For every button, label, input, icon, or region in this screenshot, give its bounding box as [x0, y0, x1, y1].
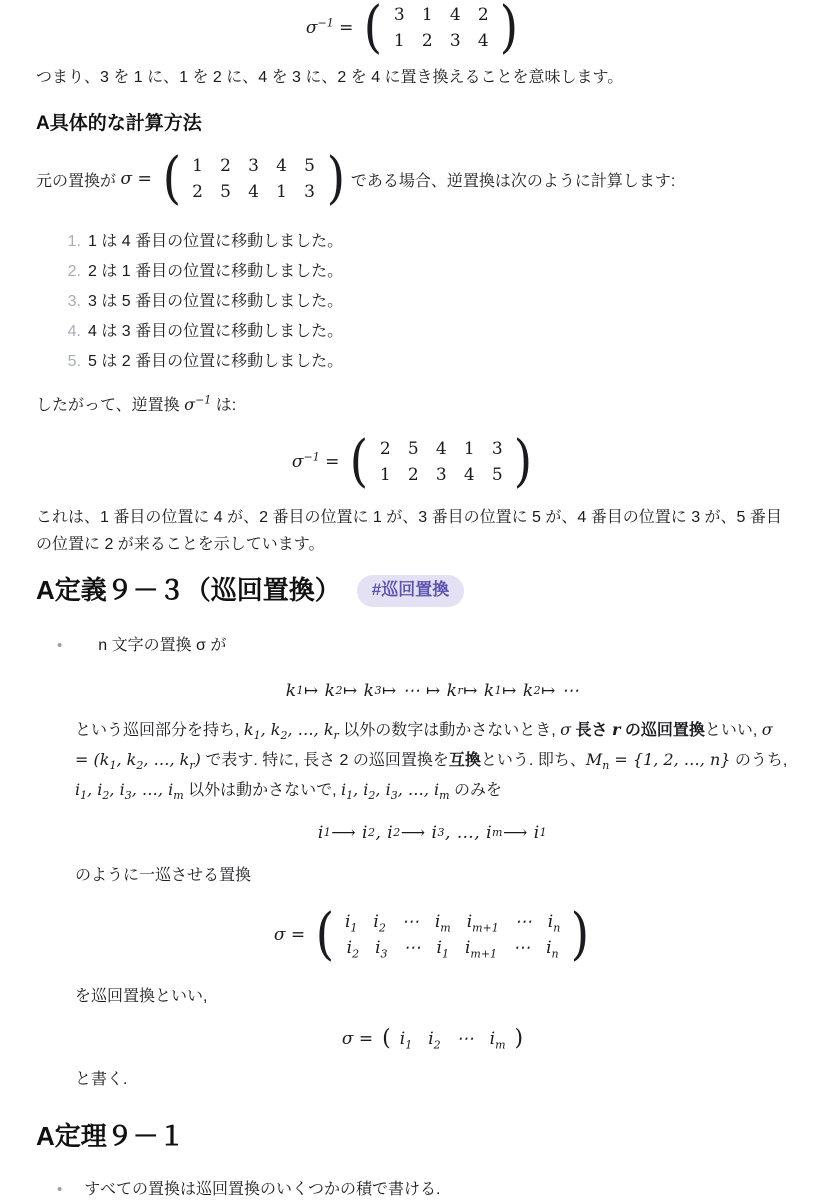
paragraph-meaning: つまり、3 を 1 に、1 を 2 に、4 を 3 に、2 を 4 に置き換える…: [36, 66, 790, 90]
bullet-icon: •: [57, 1177, 62, 1200]
paragraph-original-pre: 元の置換が: [36, 168, 120, 191]
ordered-list-item: 2.2 は 1 番目の位置に移動しました。: [63, 257, 790, 287]
matrix-cycle-short: σ =(i1i2⋯im): [342, 1026, 523, 1052]
paragraph-result: これは、1 番目の位置に 4 が、2 番目の位置に 1 が、3 番目の位置に 5…: [36, 504, 790, 558]
list-item-text: すべての置換は巡回置換のいくつかの積で書ける.: [84, 1177, 440, 1200]
list-number: 4.: [63, 317, 81, 347]
tag-badge-cyclic-permutation[interactable]: #巡回置換: [357, 575, 464, 607]
ordered-list-item: 4.4 は 3 番目の位置に移動しました。: [63, 317, 790, 347]
list-item-theorem: • すべての置換は巡回置換のいくつかの積で書ける.: [57, 1177, 790, 1200]
formula-rotation: i1 ⟶ i2, i2 ⟶ i3, …, im ⟶ i1: [75, 821, 790, 845]
ordered-list-steps: 1.1 は 4 番目の位置に移動しました。2.2 は 1 番目の位置に移動しまし…: [63, 227, 790, 377]
matrix-sigma-inverse-5: σ−1 =(2541312345): [292, 436, 534, 488]
ordered-list-item: 3.3 は 5 番目の位置に移動しました。: [63, 287, 790, 317]
paragraph-original-permutation: 元の置換が σ =(1234525413) である場合、逆置換は次のように計算し…: [36, 149, 790, 209]
formula-sigma-inverse-5: σ−1 =(2541312345): [36, 434, 790, 490]
document-page: σ−1 =(31421234) つまり、3 を 1 に、1 を 2 に、4 を …: [0, 2, 823, 1200]
list-item-text: 2 は 1 番目の位置に移動しました。: [88, 257, 343, 287]
list-item-text: n 文字の置換 σ が: [98, 633, 226, 659]
bullet-icon: •: [57, 633, 62, 659]
matrix-cycle: σ =(i1i2⋯imim+1⋯ini2i3⋯i1im+1⋯in): [274, 909, 591, 961]
paragraph-definition-body: という巡回部分を持ち, k1, k2, …, kr 以外の数字は動かさないとき,…: [75, 715, 790, 805]
list-number: 2.: [63, 257, 81, 287]
matrix-original-5: σ =(1234525413): [120, 153, 346, 205]
heading-definition-text: A定義９－３（巡回置換）: [36, 575, 341, 605]
paragraph-original-post: である場合、逆置換は次のように計算します:: [346, 168, 675, 191]
list-number: 5.: [63, 347, 81, 377]
ordered-list-item: 5.5 は 2 番目の位置に移動しました。: [63, 347, 790, 377]
ordered-list-item: 1.1 は 4 番目の位置に移動しました。: [63, 227, 790, 257]
heading-calculation-method: A具体的な計算方法: [36, 112, 790, 135]
formula-cycle-chain: k1 ↦ k2 ↦ k3 ↦ ⋯ ↦ kr ↦ k1 ↦ k2 ↦ ⋯: [75, 679, 790, 703]
paragraph-cycle-name: を巡回置換といい,: [75, 982, 790, 1011]
list-item-text: 3 は 5 番目の位置に移動しました。: [88, 287, 343, 317]
heading-definition-9-3: A定義９－３（巡回置換）#巡回置換: [36, 574, 790, 607]
formula-cycle-matrix: σ =(i1i2⋯imim+1⋯ini2i3⋯i1im+1⋯in): [75, 906, 790, 964]
list-number: 3.: [63, 287, 81, 317]
formula-sigma-inverse-4: σ−1 =(31421234): [36, 2, 790, 54]
paragraph-therefore: したがって、逆置換 σ−1 は:: [36, 393, 790, 418]
list-number: 1.: [63, 227, 81, 257]
paragraph-write-as: と書く.: [75, 1065, 790, 1094]
matrix-sigma-inverse-4: σ−1 =(31421234): [306, 2, 520, 54]
list-item-n-chars: • n 文字の置換 σ が: [57, 633, 790, 659]
paragraph-rotation-label: のように一巡させる置換: [75, 861, 790, 890]
list-item-text: 1 は 4 番目の位置に移動しました。: [88, 227, 343, 257]
list-item-text: 4 は 3 番目の位置に移動しました。: [88, 317, 343, 347]
list-item-text: 5 は 2 番目の位置に移動しました。: [88, 347, 343, 377]
heading-theorem-9-1: A定理９－１: [36, 1120, 790, 1153]
formula-cycle-short: σ =(i1i2⋯im): [75, 1027, 790, 1051]
